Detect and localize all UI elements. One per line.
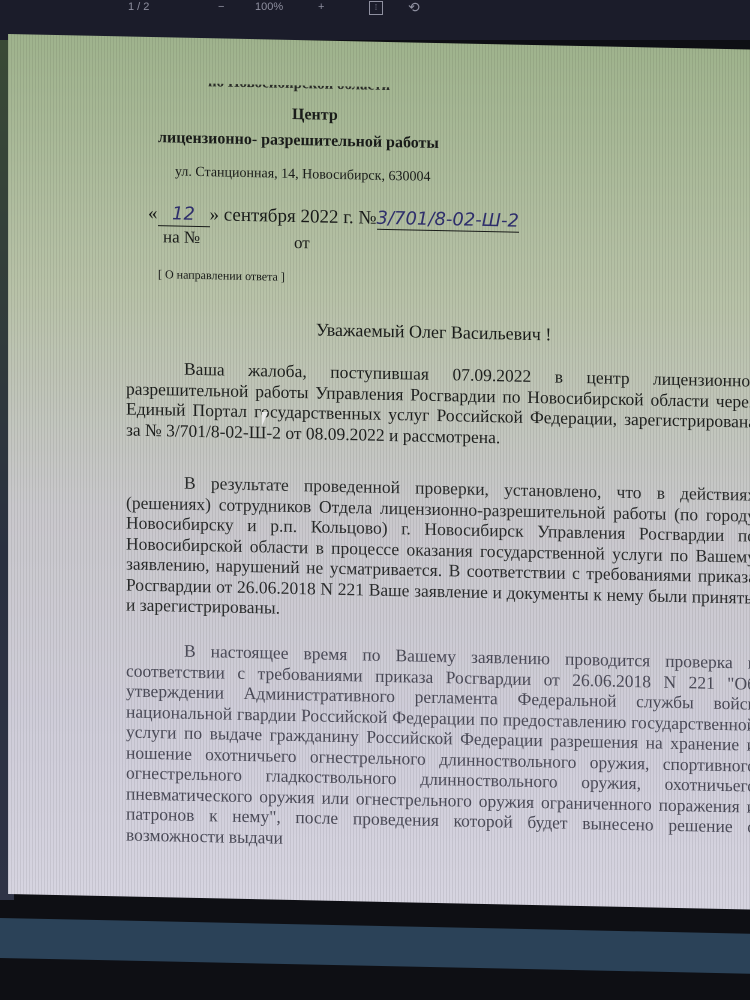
paragraph-2: В результате проведенной проверки, устан… [126, 471, 750, 628]
zoom-level: 100% [255, 0, 283, 14]
subject-line: [ О направлении ответа ] [158, 267, 285, 285]
page-indicator[interactable]: 1 / 2 [128, 0, 149, 14]
outgoing-number: 3/701/8-02-Ш-2 [377, 208, 519, 233]
fit-page-icon[interactable]: ⁞ [369, 1, 383, 15]
reply-to-label: на № [163, 227, 200, 248]
header-cut-line: по Новосибирской области [208, 74, 390, 95]
greeting: Уважаемый Олег Васильевич ! [316, 319, 551, 345]
document-page: по Новосибирской области Центр лицензион… [8, 34, 750, 910]
paragraph-1: Ваша жалоба, поступившая 07.09.2022 в це… [126, 357, 750, 452]
date-number-line: «12» сентября 2022 г. №3/701/8-02-Ш-2 [148, 203, 519, 234]
zoom-out-button[interactable]: − [218, 0, 224, 14]
rotate-icon[interactable]: ⟲ [408, 0, 420, 14]
org-title: Центр [292, 106, 338, 125]
org-address: ул. Станционная, 14, Новосибирск, 630004 [175, 164, 430, 185]
pdf-viewer-toolbar: 1 / 2 − 100% + ⁞ ⟲ [0, 0, 750, 40]
org-department: лицензионно- разрешительной работы [158, 129, 439, 153]
mouse-pointer-icon [262, 412, 268, 426]
paragraph-3: В настоящее время по Вашему заявлению пр… [126, 639, 750, 857]
zoom-in-button[interactable]: + [318, 0, 324, 14]
viewer-bottom-band [0, 918, 750, 974]
date-day-field: 12 [158, 203, 210, 227]
date-prefix: « [148, 203, 158, 224]
date-suffix: » сентября 2022 г. № [210, 204, 377, 228]
reply-from-label: от [294, 233, 310, 253]
date-day: 12 [172, 203, 195, 224]
